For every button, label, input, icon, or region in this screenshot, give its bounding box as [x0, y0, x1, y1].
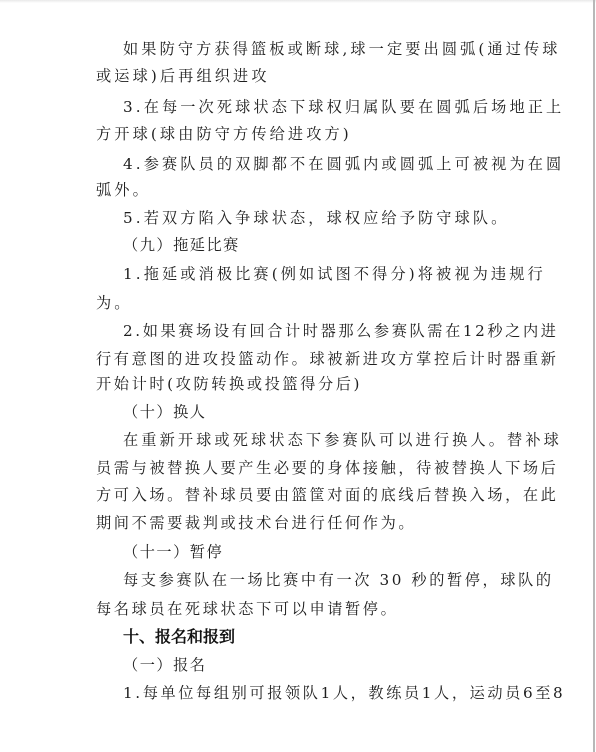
paragraph-line: 为。 — [96, 293, 133, 313]
paragraph-line: 3.在每一次死球状态下球权归属队要在圆弧后场地正上 — [123, 97, 564, 117]
paragraph-line: 如果防守方获得篮板或断球,球一定要出圆弧(通过传球 — [123, 39, 561, 59]
paragraph-line: 每支参赛队在一场比赛中有一次 30 秒的暂停，球队的 — [123, 570, 554, 590]
paragraph-line: 行有意图的进攻投篮动作。球被新进攻方掌控后计时器重新 — [96, 349, 558, 369]
page-right-border — [593, 0, 595, 752]
paragraph-line: 方可入场。替补球员要由篮筐对面的底线后替换入场，在此 — [96, 485, 558, 505]
paragraph-line: 或运球)后再组织进攻 — [96, 66, 270, 86]
paragraph-line: 2.如果赛场设有回合计时器那么参赛队需在12秒之内进 — [123, 321, 559, 341]
paragraph-line: 期间不需要裁判或技术台进行任何作为。 — [96, 513, 416, 533]
paragraph-line: 4.参赛队员的双脚都不在圆弧内或圆弧上可被视为在圆 — [123, 154, 564, 174]
paragraph-line: 在重新开球或死球状态下参赛队可以进行换人。替补球 — [123, 430, 562, 450]
paragraph-line: 每名球员在死球状态下可以申请暂停。 — [96, 599, 398, 619]
paragraph-line: 方开球(球由防守方传给进攻方) — [96, 124, 352, 144]
section-subheading: （十）换人 — [123, 402, 206, 422]
section-heading: 十、报名和报到 — [123, 627, 235, 647]
paragraph-line: 5.若双方陷入争球状态，球权应给予防守球队。 — [123, 208, 509, 228]
paragraph-line: 开始计时(攻防转换或投篮得分后) — [96, 374, 362, 394]
section-subheading: （九）拖延比赛 — [123, 235, 240, 255]
page-top-shadow — [0, 0, 596, 3]
section-subheading: （一）报名 — [123, 655, 206, 675]
paragraph-line: 1.拖延或消极比赛(例如试图不得分)将被视为违规行 — [123, 264, 546, 284]
paragraph-line: 弧外。 — [96, 180, 151, 200]
paragraph-line: 员需与被替换人要产生必要的身体接触，待被替换人下场后 — [96, 458, 558, 478]
section-subheading: （十一）暂停 — [123, 542, 223, 562]
paragraph-line: 1.每单位每组别可报领队1人，教练员1人，运动员6至8 — [123, 683, 565, 703]
